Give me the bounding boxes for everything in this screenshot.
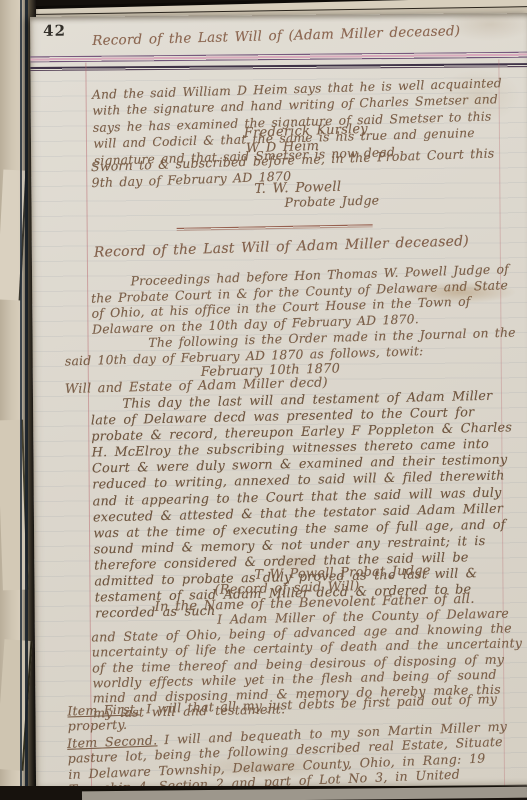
judge-title: Probate Judge [284, 192, 379, 209]
header-rule-top [30, 52, 527, 63]
binding-edge-line [25, 0, 28, 800]
running-header: Record of the Last Will of (Adam Miller … [92, 23, 460, 49]
scanned-document-viewport: 42 Record of the Last Will of (Adam Mill… [0, 0, 527, 800]
scanned-page: 42 Record of the Last Will of (Adam Mill… [30, 13, 527, 790]
item-first-label: Item First. [67, 701, 139, 718]
page-number: 42 [43, 22, 66, 40]
binding-edge-line [20, 0, 22, 800]
